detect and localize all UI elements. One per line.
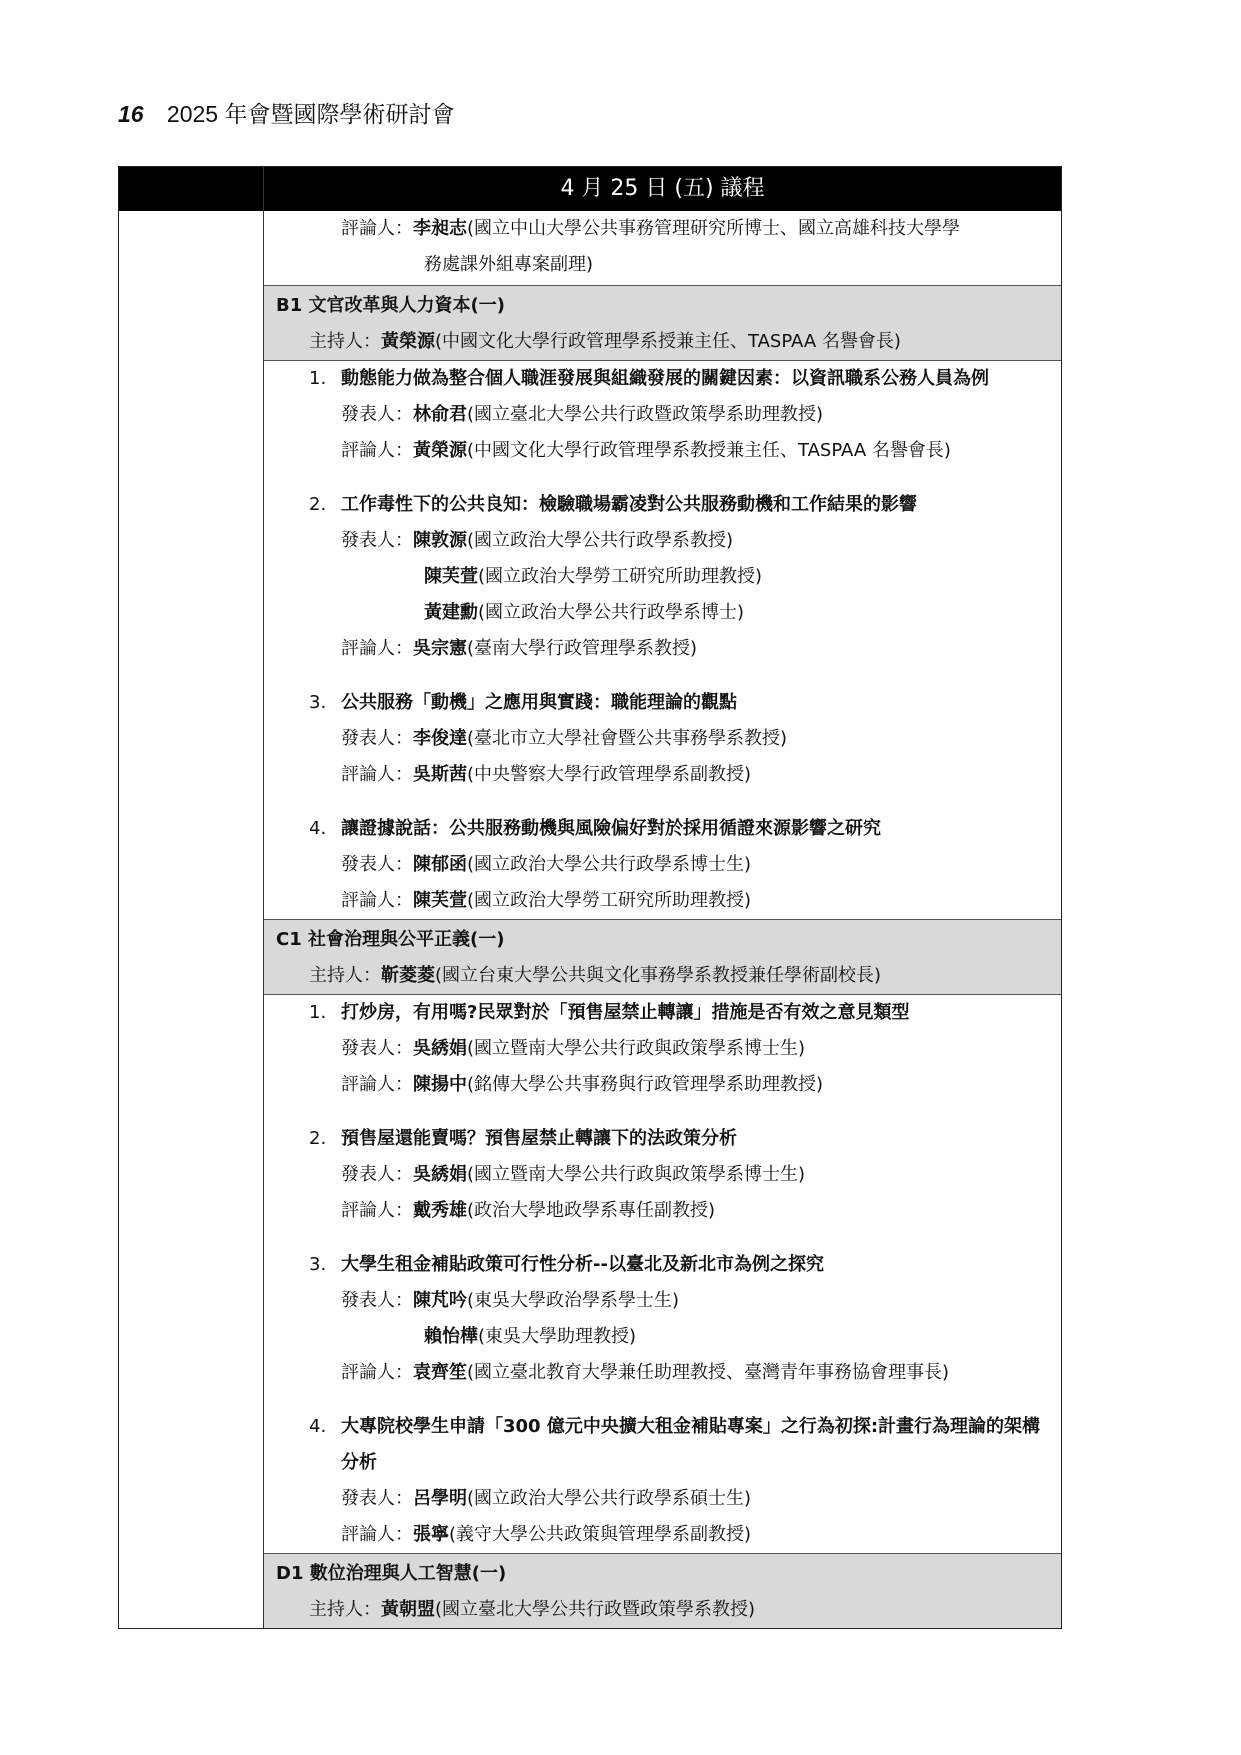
paper-number: 3. bbox=[309, 685, 341, 721]
paper-title: 1.打炒房，有用嗎?民眾對於「預售屋禁止轉讓」措施是否有效之意見類型 bbox=[264, 995, 1061, 1031]
paper-title-text: 公共服務「動機」之應用與實踐：職能理論的觀點 bbox=[341, 685, 1061, 721]
paper-title-text: 打炒房，有用嗎?民眾對於「預售屋禁止轉讓」措施是否有效之意見類型 bbox=[341, 995, 1061, 1031]
paper-title-text: 大學生租金補貼政策可行性分析--以臺北及新北市為例之探究 bbox=[341, 1247, 1061, 1283]
role-label: 主持人： bbox=[309, 1599, 381, 1620]
role-label: 發表人： bbox=[341, 854, 413, 875]
presenter-line: 發表人：陳敦源(國立政治大學公共行政學系教授) bbox=[264, 523, 1061, 559]
discussant-affiliation: (政治大學地政學系專任副教授) bbox=[467, 1200, 715, 1221]
chair-name: 靳菱菱 bbox=[381, 965, 435, 986]
discussant-name: 陳揚中 bbox=[413, 1074, 467, 1095]
paper-list: 1.打炒房，有用嗎?民眾對於「預售屋禁止轉讓」措施是否有效之意見類型發表人：吳綉… bbox=[264, 995, 1061, 1553]
role-label: 發表人： bbox=[341, 1164, 413, 1185]
paper-title-text: 讓證據說話：公共服務動機與風險偏好對於採用循證來源影響之研究 bbox=[341, 811, 1061, 847]
discussant-line: 評論人：陳芙萱(國立政治大學勞工研究所助理教授) bbox=[264, 883, 1061, 919]
paper-item: 2.預售屋還能賣嗎？預售屋禁止轉讓下的法政策分析發表人：吳綉娟(國立暨南大學公共… bbox=[264, 1121, 1061, 1229]
discussant-line: 評論人：吳斯茜(中央警察大學行政管理學系副教授) bbox=[264, 757, 1061, 793]
paper-item: 2.工作毒性下的公共良知：檢驗職場霸凌對公共服務動機和工作結果的影響發表人：陳敦… bbox=[264, 487, 1061, 667]
presenter-affiliation: (國立政治大學公共行政學系教授) bbox=[467, 530, 733, 551]
presenter-affiliation: (東吳大學助理教授) bbox=[478, 1326, 636, 1347]
time-column bbox=[119, 211, 264, 1628]
page-number: 16 bbox=[118, 101, 144, 127]
affiliation: (國立中山大學公共事務管理研究所博士、國立高雄科技大學學 bbox=[467, 218, 960, 239]
agenda-table: 4 月 25 日 (五) 議程 評論人：李昶志(國立中山大學公共事務管理研究所博… bbox=[118, 166, 1062, 1629]
paper-title: 2.預售屋還能賣嗎？預售屋禁止轉讓下的法政策分析 bbox=[264, 1121, 1061, 1157]
role-label: 評論人： bbox=[341, 638, 413, 659]
role-label: 評論人： bbox=[341, 764, 413, 785]
presenter-line: 發表人：李俊達(臺北市立大學社會暨公共事務學系教授) bbox=[264, 721, 1061, 757]
paper-title-text: 工作毒性下的公共良知：檢驗職場霸凌對公共服務動機和工作結果的影響 bbox=[341, 487, 1061, 523]
discussant-affiliation: (臺南大學行政管理學系教授) bbox=[467, 638, 697, 659]
paper-number: 4. bbox=[309, 1409, 341, 1481]
affiliation-continued: 務處課外組專案副理) bbox=[264, 247, 1061, 283]
presenter-line: 發表人：吳綉娟(國立暨南大學公共行政與政策學系博士生) bbox=[264, 1031, 1061, 1067]
presenter-name: 吳綉娟 bbox=[413, 1038, 467, 1059]
presenter-line: 發表人：陳郁函(國立政治大學公共行政學系博士生) bbox=[264, 847, 1061, 883]
discussant-line: 評論人：吳宗憲(臺南大學行政管理學系教授) bbox=[264, 631, 1061, 667]
paper-title: 1.動態能力做為整合個人職涯發展與組織發展的關鍵因素：以資訊職系公務人員為例 bbox=[264, 361, 1061, 397]
chair-name: 黃朝盟 bbox=[381, 1599, 435, 1620]
discussant-affiliation: (中國文化大學行政管理學系教授兼主任、TASPAA 名譽會長) bbox=[467, 440, 951, 461]
presenter-name: 黃建勳 bbox=[424, 602, 478, 623]
document-title: 2025 年會暨國際學術研討會 bbox=[167, 101, 455, 127]
discussant-name: 吳斯茜 bbox=[413, 764, 467, 785]
time-column-header bbox=[119, 167, 264, 211]
paper-title: 3.大學生租金補貼政策可行性分析--以臺北及新北市為例之探究 bbox=[264, 1247, 1061, 1283]
session-header: C1 社會治理與公平正義(一)主持人：靳菱菱(國立台東大學公共與文化事務學系教授… bbox=[264, 919, 1061, 995]
paper-title-text: 大專院校學生申請「300 億元中央擴大租金補貼專案」之行為初探:計畫行為理論的架… bbox=[341, 1409, 1061, 1481]
discussant-name: 戴秀雄 bbox=[413, 1200, 467, 1221]
presenter-name: 賴怡樺 bbox=[424, 1326, 478, 1347]
role-label: 評論人： bbox=[341, 1200, 413, 1221]
discussant-name: 張寧 bbox=[413, 1524, 449, 1545]
role-label: 發表人： bbox=[341, 728, 413, 749]
presenter-affiliation: (東吳大學政治學系學士生) bbox=[467, 1290, 679, 1311]
role-label: 發表人： bbox=[341, 530, 413, 551]
discussant-affiliation: (銘傳大學公共事務與行政管理學系助理教授) bbox=[467, 1074, 823, 1095]
discussant-line: 評論人：戴秀雄(政治大學地政學系專任副教授) bbox=[264, 1193, 1061, 1229]
presenter-name: 呂學明 bbox=[413, 1488, 467, 1509]
role-label: 主持人： bbox=[309, 331, 381, 352]
discussant-line: 評論人：張寧(義守大學公共政策與管理學系副教授) bbox=[264, 1517, 1061, 1553]
paper-title-text: 預售屋還能賣嗎？預售屋禁止轉讓下的法政策分析 bbox=[341, 1121, 1061, 1157]
chair-affiliation: (中國文化大學行政管理學系授兼主任、TASPAA 名譽會長) bbox=[435, 331, 901, 352]
presenter-affiliation: (臺北市立大學社會暨公共事務學系教授) bbox=[467, 728, 787, 749]
session-title: B1 文官改革與人力資本(一) bbox=[264, 288, 1061, 324]
paper-title: 2.工作毒性下的公共良知：檢驗職場霸凌對公共服務動機和工作結果的影響 bbox=[264, 487, 1061, 523]
agenda-date-title: 4 月 25 日 (五) 議程 bbox=[264, 167, 1061, 211]
discussant-affiliation: (中央警察大學行政管理學系副教授) bbox=[467, 764, 751, 785]
role-label: 主持人： bbox=[309, 965, 381, 986]
paper-number: 1. bbox=[309, 995, 341, 1031]
paper-number: 2. bbox=[309, 1121, 341, 1157]
paper-number: 2. bbox=[309, 487, 341, 523]
chair-name: 黃榮源 bbox=[381, 331, 435, 352]
agenda-body-row: 評論人：李昶志(國立中山大學公共事務管理研究所博士、國立高雄科技大學學 務處課外… bbox=[119, 211, 1061, 1628]
discussant-affiliation: (國立政治大學勞工研究所助理教授) bbox=[467, 890, 751, 911]
presenter-line: 發表人：吳綉娟(國立暨南大學公共行政與政策學系博士生) bbox=[264, 1157, 1061, 1193]
discussant-line: 評論人：黃榮源(中國文化大學行政管理學系教授兼主任、TASPAA 名譽會長) bbox=[264, 433, 1061, 469]
presenter-line: 黃建勳(國立政治大學公共行政學系博士) bbox=[264, 595, 1061, 631]
agenda-content: 評論人：李昶志(國立中山大學公共事務管理研究所博士、國立高雄科技大學學 務處課外… bbox=[264, 211, 1061, 1628]
presenter-line: 發表人：陳芃吟(東吳大學政治學系學士生) bbox=[264, 1283, 1061, 1319]
presenter-name: 李俊達 bbox=[413, 728, 467, 749]
presenter-line: 賴怡樺(東吳大學助理教授) bbox=[264, 1319, 1061, 1355]
role-label: 評論人： bbox=[341, 440, 413, 461]
presenter-line: 發表人：林俞君(國立臺北大學公共行政暨政策學系助理教授) bbox=[264, 397, 1061, 433]
paper-item: 1.打炒房，有用嗎?民眾對於「預售屋禁止轉讓」措施是否有效之意見類型發表人：吳綉… bbox=[264, 995, 1061, 1103]
discussant-name: 黃榮源 bbox=[413, 440, 467, 461]
presenter-affiliation: (國立政治大學公共行政學系博士) bbox=[478, 602, 744, 623]
paper-item: 3.大學生租金補貼政策可行性分析--以臺北及新北市為例之探究發表人：陳芃吟(東吳… bbox=[264, 1247, 1061, 1391]
paper-number: 1. bbox=[309, 361, 341, 397]
presenter-affiliation: (國立臺北大學公共行政暨政策學系助理教授) bbox=[467, 404, 823, 425]
discussant-name: 袁齊笙 bbox=[413, 1362, 467, 1383]
role-label: 評論人： bbox=[341, 218, 413, 239]
presenter-name: 陳芙萱 bbox=[424, 566, 478, 587]
role-label: 評論人： bbox=[341, 1362, 413, 1383]
person-name: 李昶志 bbox=[413, 218, 467, 239]
presenter-affiliation: (國立政治大學公共行政學系博士生) bbox=[467, 854, 751, 875]
chair-affiliation: (國立臺北大學公共行政暨政策學系教授) bbox=[435, 1599, 755, 1620]
paper-number: 3. bbox=[309, 1247, 341, 1283]
page-header: 16 2025 年會暨國際學術研討會 bbox=[118, 96, 454, 129]
presenter-line: 發表人：呂學明(國立政治大學公共行政學系碩士生) bbox=[264, 1481, 1061, 1517]
paper-number: 4. bbox=[309, 811, 341, 847]
presenter-name: 陳敦源 bbox=[413, 530, 467, 551]
presenter-affiliation: (國立政治大學勞工研究所助理教授) bbox=[478, 566, 762, 587]
role-label: 評論人： bbox=[341, 890, 413, 911]
discussant-affiliation: (義守大學公共政策與管理學系副教授) bbox=[449, 1524, 751, 1545]
session-chair: 主持人：靳菱菱(國立台東大學公共與文化事務學系教授兼任學術副校長) bbox=[264, 958, 1061, 994]
discussant-name: 吳宗憲 bbox=[413, 638, 467, 659]
role-label: 評論人： bbox=[341, 1074, 413, 1095]
role-label: 發表人： bbox=[341, 1488, 413, 1509]
paper-list: 1.動態能力做為整合個人職涯發展與組織發展的關鍵因素：以資訊職系公務人員為例發表… bbox=[264, 361, 1061, 919]
presenter-name: 林俞君 bbox=[413, 404, 467, 425]
session-header: B1 文官改革與人力資本(一)主持人：黃榮源(中國文化大學行政管理學系授兼主任、… bbox=[264, 285, 1061, 361]
paper-item: 1.動態能力做為整合個人職涯發展與組織發展的關鍵因素：以資訊職系公務人員為例發表… bbox=[264, 361, 1061, 469]
session-chair: 主持人：黃朝盟(國立臺北大學公共行政暨政策學系教授) bbox=[264, 1592, 1061, 1628]
agenda-header-row: 4 月 25 日 (五) 議程 bbox=[119, 167, 1061, 211]
presenter-affiliation: (國立暨南大學公共行政與政策學系博士生) bbox=[467, 1038, 805, 1059]
paper-title: 4.讓證據說話：公共服務動機與風險偏好對於採用循證來源影響之研究 bbox=[264, 811, 1061, 847]
role-label: 發表人： bbox=[341, 404, 413, 425]
discussant-line: 評論人：陳揚中(銘傳大學公共事務與行政管理學系助理教授) bbox=[264, 1067, 1061, 1103]
session-chair: 主持人：黃榮源(中國文化大學行政管理學系授兼主任、TASPAA 名譽會長) bbox=[264, 324, 1061, 360]
role-label: 發表人： bbox=[341, 1290, 413, 1311]
discussant-affiliation: (國立臺北教育大學兼任助理教授、臺灣青年事務協會理事長) bbox=[467, 1362, 949, 1383]
paper-title: 4.大專院校學生申請「300 億元中央擴大租金補貼專案」之行為初探:計畫行為理論… bbox=[264, 1409, 1061, 1481]
session-title: D1 數位治理與人工智慧(一) bbox=[264, 1556, 1061, 1592]
presenter-line: 陳芙萱(國立政治大學勞工研究所助理教授) bbox=[264, 559, 1061, 595]
chair-affiliation: (國立台東大學公共與文化事務學系教授兼任學術副校長) bbox=[435, 965, 881, 986]
presenter-affiliation: (國立暨南大學公共行政與政策學系博士生) bbox=[467, 1164, 805, 1185]
paper-item: 4.大專院校學生申請「300 億元中央擴大租金補貼專案」之行為初探:計畫行為理論… bbox=[264, 1409, 1061, 1553]
session-title: C1 社會治理與公平正義(一) bbox=[264, 922, 1061, 958]
discussant-name: 陳芙萱 bbox=[413, 890, 467, 911]
role-label: 評論人： bbox=[341, 1524, 413, 1545]
carryover-discussant: 評論人：李昶志(國立中山大學公共事務管理研究所博士、國立高雄科技大學學 務處課外… bbox=[264, 211, 1061, 285]
discussant-line: 評論人：袁齊笙(國立臺北教育大學兼任助理教授、臺灣青年事務協會理事長) bbox=[264, 1355, 1061, 1391]
presenter-name: 陳郁函 bbox=[413, 854, 467, 875]
paper-title-text: 動態能力做為整合個人職涯發展與組織發展的關鍵因素：以資訊職系公務人員為例 bbox=[341, 361, 1061, 397]
session-header: D1 數位治理與人工智慧(一)主持人：黃朝盟(國立臺北大學公共行政暨政策學系教授… bbox=[264, 1553, 1061, 1628]
role-label: 發表人： bbox=[341, 1038, 413, 1059]
paper-item: 3.公共服務「動機」之應用與實踐：職能理論的觀點發表人：李俊達(臺北市立大學社會… bbox=[264, 685, 1061, 793]
presenter-name: 陳芃吟 bbox=[413, 1290, 467, 1311]
presenter-name: 吳綉娟 bbox=[413, 1164, 467, 1185]
paper-item: 4.讓證據說話：公共服務動機與風險偏好對於採用循證來源影響之研究發表人：陳郁函(… bbox=[264, 811, 1061, 919]
paper-title: 3.公共服務「動機」之應用與實踐：職能理論的觀點 bbox=[264, 685, 1061, 721]
presenter-affiliation: (國立政治大學公共行政學系碩士生) bbox=[467, 1488, 751, 1509]
